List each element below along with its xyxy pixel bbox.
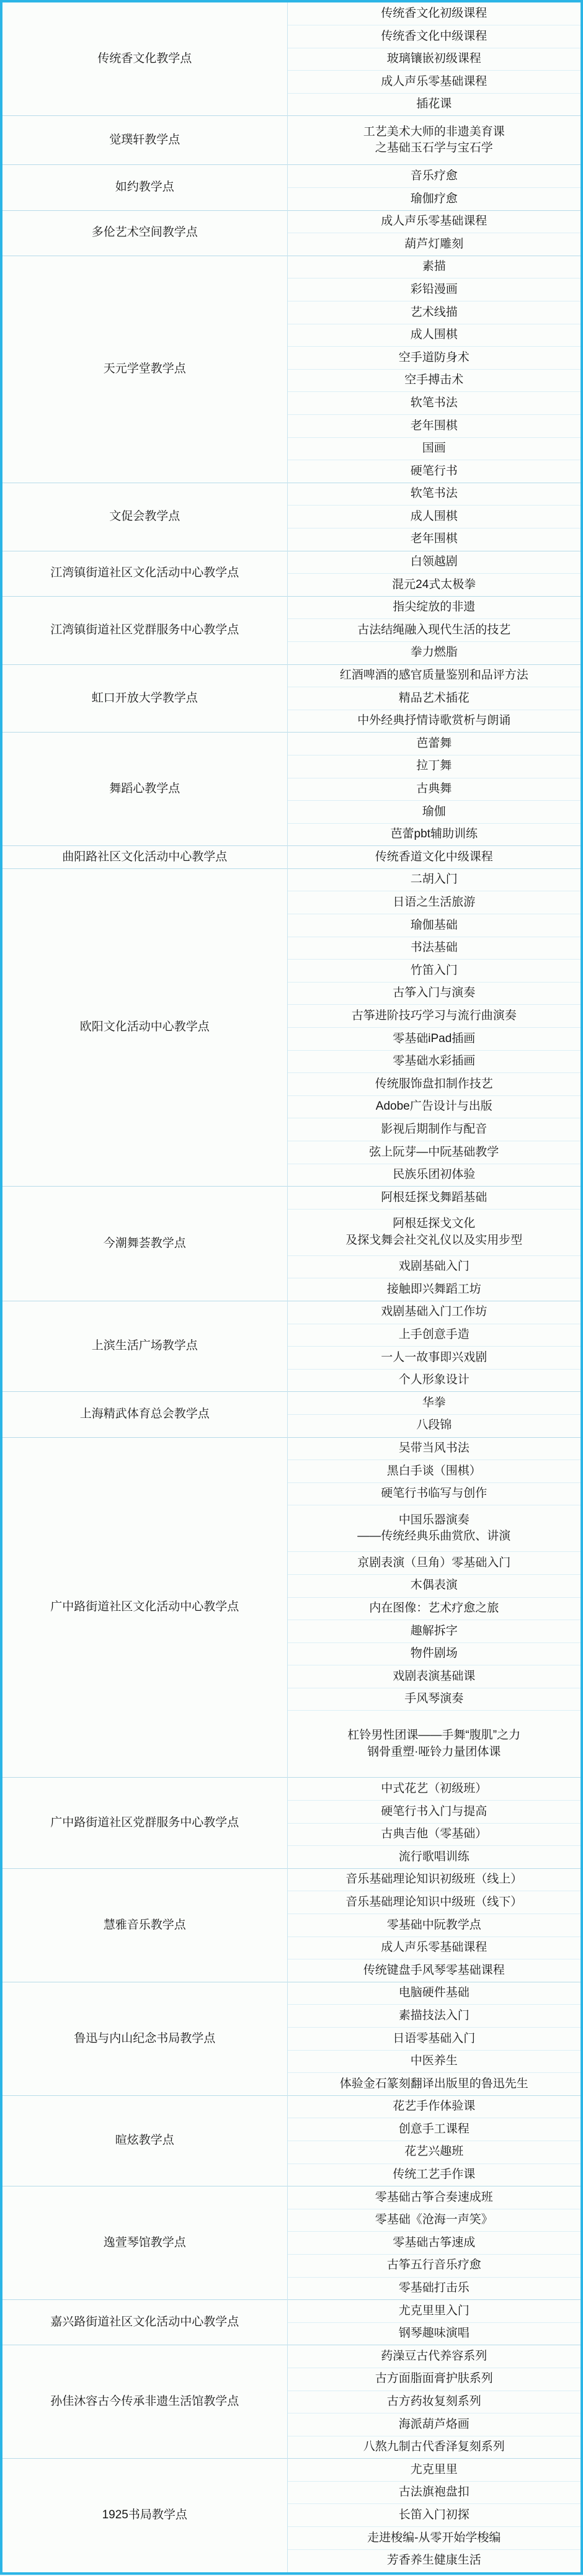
teaching-point-cell: 暄炫教学点: [2, 2095, 287, 2186]
course-table: 传统香文化教学点传统香文化初级课程传统香文化中级课程玻璃镶嵌初级课程成人声乐零基…: [2, 2, 581, 2572]
table-row: 文促会教学点软笔书法: [2, 483, 581, 506]
teaching-point-cell: 江湾镇街道社区文化活动中心教学点: [2, 551, 287, 596]
teaching-point-cell: 江湾镇街道社区党群服务中心教学点: [2, 596, 287, 664]
course-cell: 尤克里里: [287, 2459, 581, 2482]
course-cell: 古方药妆复刻系列: [287, 2391, 581, 2413]
teaching-point-cell: 慧雅音乐教学点: [2, 1868, 287, 1982]
table-row: 江湾镇街道社区文化活动中心教学点白领越剧: [2, 551, 581, 574]
table-row: 舞蹈心教学点芭蕾舞: [2, 733, 581, 755]
course-cell: 戏剧表演基础课: [287, 1665, 581, 1688]
course-cell: 硬笔行书入门与提高: [287, 1801, 581, 1824]
course-cell: 中医养生: [287, 2050, 581, 2073]
teaching-point-cell: 1925书局教学点: [2, 2459, 287, 2572]
course-cell: 古典吉他（零基础）: [287, 1823, 581, 1846]
course-cell: 成人声乐零基础课程: [287, 210, 581, 233]
course-cell: 个人形象设计: [287, 1369, 581, 1392]
course-cell: 零基础iPad插画: [287, 1028, 581, 1051]
course-cell: 传统香道文化中级课程: [287, 846, 581, 869]
teaching-point-cell: 传统香文化教学点: [2, 2, 287, 116]
course-cell: 电脑硬件基础: [287, 1982, 581, 2005]
course-cell: 中外经典抒情诗歌赏析与朗诵: [287, 710, 581, 733]
course-cell: 芭蕾舞: [287, 733, 581, 755]
course-cell: 传统键盘手风琴零基础课程: [287, 1959, 581, 1982]
course-cell: 创意手工课程: [287, 2118, 581, 2141]
course-cell: 古方面脂面膏护肤系列: [287, 2368, 581, 2391]
table-row: 暄炫教学点花艺手作体验课: [2, 2095, 581, 2118]
table-row: 慧雅音乐教学点音乐基础理论知识初级班（线上）: [2, 1868, 581, 1891]
teaching-point-cell: 文促会教学点: [2, 483, 287, 551]
course-cell: 精品艺术插花: [287, 687, 581, 710]
teaching-point-cell: 天元学堂教学点: [2, 256, 287, 483]
course-cell: 瑜伽: [287, 801, 581, 824]
course-cell: 戏剧基础入门工作坊: [287, 1301, 581, 1324]
course-cell: 古筝进阶技巧学习与流行曲演奏: [287, 1005, 581, 1028]
table-row: 逸萱琴馆教学点零基础古筝合奏速成班: [2, 2186, 581, 2209]
course-cell: 阿根廷探戈文化 及探戈舞会社交礼仪以及实用步型: [287, 1209, 581, 1255]
course-cell: 玻璃镶嵌初级课程: [287, 48, 581, 71]
course-cell: 古筝五行音乐疗愈: [287, 2254, 581, 2277]
teaching-point-cell: 舞蹈心教学点: [2, 733, 287, 846]
course-cell: 海派葫芦烙画: [287, 2413, 581, 2436]
course-cell: 白领越剧: [287, 551, 581, 574]
course-cell: 戏剧基础入门: [287, 1255, 581, 1278]
course-cell: 古典舞: [287, 778, 581, 801]
course-cell: 零基础古筝速成: [287, 2232, 581, 2255]
table-row: 嘉兴路街道社区文化活动中心教学点尤克里里入门: [2, 2300, 581, 2323]
table-row: 广中路街道社区党群服务中心教学点中式花艺（初级班）: [2, 1778, 581, 1801]
course-cell: 阿根廷探戈舞蹈基础: [287, 1187, 581, 1210]
course-cell: 一人一故事即兴戏剧: [287, 1347, 581, 1370]
course-table-body: 传统香文化教学点传统香文化初级课程传统香文化中级课程玻璃镶嵌初级课程成人声乐零基…: [2, 2, 581, 2572]
course-cell: Adobe广告设计与出版: [287, 1095, 581, 1118]
course-cell: 吴带当风书法: [287, 1437, 581, 1460]
course-cell: 软笔书法: [287, 392, 581, 415]
course-cell: 音乐基础理论知识中级班（线下）: [287, 1891, 581, 1914]
course-cell: 成人声乐零基础课程: [287, 1936, 581, 1959]
table-row: 孙佳沐容古今传承非遗生活馆教学点药澡豆古代养容系列: [2, 2345, 581, 2368]
course-cell: 黑白手谈（围棋）: [287, 1460, 581, 1483]
course-cell: 中国乐器演奏 ——传统经典乐曲赏欣、讲演: [287, 1505, 581, 1552]
course-cell: 瑜伽基础: [287, 914, 581, 937]
teaching-point-cell: 欧阳文化活动中心教学点: [2, 868, 287, 1186]
course-cell: 花艺手作体验课: [287, 2095, 581, 2118]
teaching-point-cell: 多伦艺术空间教学点: [2, 210, 287, 256]
course-cell: 传统工艺手作课: [287, 2164, 581, 2186]
table-row: 曲阳路社区文化活动中心教学点传统香道文化中级课程: [2, 846, 581, 869]
table-row: 1925书局教学点尤克里里: [2, 2459, 581, 2482]
course-cell: 零基础中阮教学点: [287, 1914, 581, 1937]
course-cell: 芭蕾pbt辅助训练: [287, 823, 581, 846]
course-cell: 日语零基础入门: [287, 2028, 581, 2051]
course-cell: 民族乐团初体验: [287, 1164, 581, 1187]
course-cell: 花艺兴趣班: [287, 2141, 581, 2164]
table-row: 虹口开放大学教学点红酒啤酒的感官质量鉴别和品评方法: [2, 664, 581, 687]
course-cell: 老年围棋: [287, 415, 581, 438]
course-cell: 混元24式太极拳: [287, 574, 581, 597]
course-cell: 硬笔行书: [287, 460, 581, 483]
table-row: 天元学堂教学点素描: [2, 256, 581, 279]
course-cell: 弦上阮芽—中阮基础教学: [287, 1141, 581, 1164]
course-cell: 钢琴趣味演唱: [287, 2322, 581, 2345]
table-row: 上海精武体育总会教学点华拳: [2, 1392, 581, 1415]
course-cell: 拉丁舞: [287, 755, 581, 778]
course-cell: 传统服饰盘扣制作技艺: [287, 1073, 581, 1096]
table-row: 广中路街道社区文化活动中心教学点吴带当风书法: [2, 1437, 581, 1460]
course-cell: 书法基础: [287, 937, 581, 960]
course-cell: 手风琴演奏: [287, 1688, 581, 1711]
course-cell: 二胡入门: [287, 868, 581, 891]
course-cell: 红酒啤酒的感官质量鉴别和品评方法: [287, 664, 581, 687]
course-cell: 指尖绽放的非遗: [287, 596, 581, 619]
course-cell: 素描技法入门: [287, 2005, 581, 2028]
course-cell: 软笔书法: [287, 483, 581, 506]
course-cell: 流行歌唱训练: [287, 1846, 581, 1869]
course-cell: 古法旗袍盘扣: [287, 2481, 581, 2504]
course-cell: 影视后期制作与配音: [287, 1118, 581, 1141]
course-cell: 传统香文化中级课程: [287, 25, 581, 48]
course-cell: 老年围棋: [287, 528, 581, 551]
teaching-point-cell: 嘉兴路街道社区文化活动中心教学点: [2, 2300, 287, 2345]
teaching-point-cell: 觉璞轩教学点: [2, 116, 287, 165]
course-cell: 音乐基础理论知识初级班（线上）: [287, 1868, 581, 1891]
course-cell: 工艺美术大师的非遗美育课 之基础玉石学与宝石学: [287, 116, 581, 165]
course-cell: 零基础水彩插画: [287, 1050, 581, 1073]
teaching-point-cell: 虹口开放大学教学点: [2, 664, 287, 733]
course-cell: 上手创意手造: [287, 1324, 581, 1347]
table-row: 传统香文化教学点传统香文化初级课程: [2, 2, 581, 25]
course-cell: 中式花艺（初级班）: [287, 1778, 581, 1801]
course-cell: 尤克里里入门: [287, 2300, 581, 2323]
table-row: 如约教学点音乐疗愈: [2, 165, 581, 188]
teaching-point-cell: 广中路街道社区党群服务中心教学点: [2, 1778, 287, 1868]
teaching-point-cell: 今潮舞荟教学点: [2, 1187, 287, 1301]
course-cell: 古法结绳融入现代生活的技艺: [287, 619, 581, 642]
course-cell: 音乐疗愈: [287, 165, 581, 188]
course-cell: 零基础《沧海一声笑》: [287, 2209, 581, 2232]
course-cell: 成人声乐零基础课程: [287, 71, 581, 94]
table-row: 多伦艺术空间教学点成人声乐零基础课程: [2, 210, 581, 233]
course-cell: 瑜伽疗愈: [287, 188, 581, 211]
table-row: 鲁迅与内山纪念书局教学点电脑硬件基础: [2, 1982, 581, 2005]
course-cell: 京剧表演（旦角）零基础入门: [287, 1552, 581, 1575]
course-cell: 杠铃男性团课——手舞“腹肌”之力 钢骨重塑·哑铃力量团体课: [287, 1711, 581, 1778]
course-cell: 走进梭编-从零开始学梭编: [287, 2527, 581, 2550]
course-cell: 零基础古筝合奏速成班: [287, 2186, 581, 2209]
table-frame: 传统香文化教学点传统香文化初级课程传统香文化中级课程玻璃镶嵌初级课程成人声乐零基…: [0, 0, 583, 2575]
course-cell: 成人围棋: [287, 324, 581, 347]
course-cell: 药澡豆古代养容系列: [287, 2345, 581, 2368]
course-cell: 零基础打击乐: [287, 2277, 581, 2300]
course-cell: 木偶表演: [287, 1574, 581, 1597]
course-cell: 艺术线描: [287, 301, 581, 324]
course-cell: 接触即兴舞蹈工坊: [287, 1278, 581, 1301]
table-row: 江湾镇街道社区党群服务中心教学点指尖绽放的非遗: [2, 596, 581, 619]
teaching-point-cell: 鲁迅与内山纪念书局教学点: [2, 1982, 287, 2095]
course-cell: 成人围棋: [287, 506, 581, 528]
teaching-point-cell: 如约教学点: [2, 165, 287, 210]
course-cell: 长笛入门初探: [287, 2504, 581, 2527]
course-cell: 传统香文化初级课程: [287, 2, 581, 25]
teaching-point-cell: 上海精武体育总会教学点: [2, 1392, 287, 1437]
course-cell: 古筝入门与演奏: [287, 982, 581, 1005]
table-row: 欧阳文化活动中心教学点二胡入门: [2, 868, 581, 891]
course-cell: 葫芦灯雕刻: [287, 233, 581, 256]
course-cell: 空手搏击术: [287, 369, 581, 392]
course-cell: 拳力燃脂: [287, 641, 581, 664]
course-cell: 八段锦: [287, 1414, 581, 1437]
table-row: 上滨生活广场教学点戏剧基础入门工作坊: [2, 1301, 581, 1324]
course-cell: 硬笔行书临写与创作: [287, 1482, 581, 1505]
table-row: 今潮舞荟教学点阿根廷探戈舞蹈基础: [2, 1187, 581, 1210]
teaching-point-cell: 广中路街道社区文化活动中心教学点: [2, 1437, 287, 1778]
course-cell: 彩铅漫画: [287, 279, 581, 301]
course-cell: 插花课: [287, 93, 581, 116]
teaching-point-cell: 孙佳沐容古今传承非遗生活馆教学点: [2, 2345, 287, 2459]
course-cell: 体验金石篆刻翻译出版里的鲁迅先生: [287, 2073, 581, 2096]
course-cell: 趣解拆字: [287, 1620, 581, 1643]
course-cell: 竹笛入门: [287, 960, 581, 983]
course-cell: 日语之生活旅游: [287, 891, 581, 914]
course-cell: 华拳: [287, 1392, 581, 1415]
course-cell: 国画: [287, 437, 581, 460]
teaching-point-cell: 逸萱琴馆教学点: [2, 2186, 287, 2300]
table-row: 觉璞轩教学点工艺美术大师的非遗美育课 之基础玉石学与宝石学: [2, 116, 581, 165]
course-cell: 内在图像：艺术疗愈之旅: [287, 1597, 581, 1620]
course-cell: 空手道防身术: [287, 347, 581, 370]
course-cell: 素描: [287, 256, 581, 279]
course-cell: 八熬九制古代香泽复刻系列: [287, 2436, 581, 2459]
course-cell: 物件剧场: [287, 1642, 581, 1665]
teaching-point-cell: 上滨生活广场教学点: [2, 1301, 287, 1391]
teaching-point-cell: 曲阳路社区文化活动中心教学点: [2, 846, 287, 869]
course-cell: 芳香养生健康生活: [287, 2549, 581, 2572]
